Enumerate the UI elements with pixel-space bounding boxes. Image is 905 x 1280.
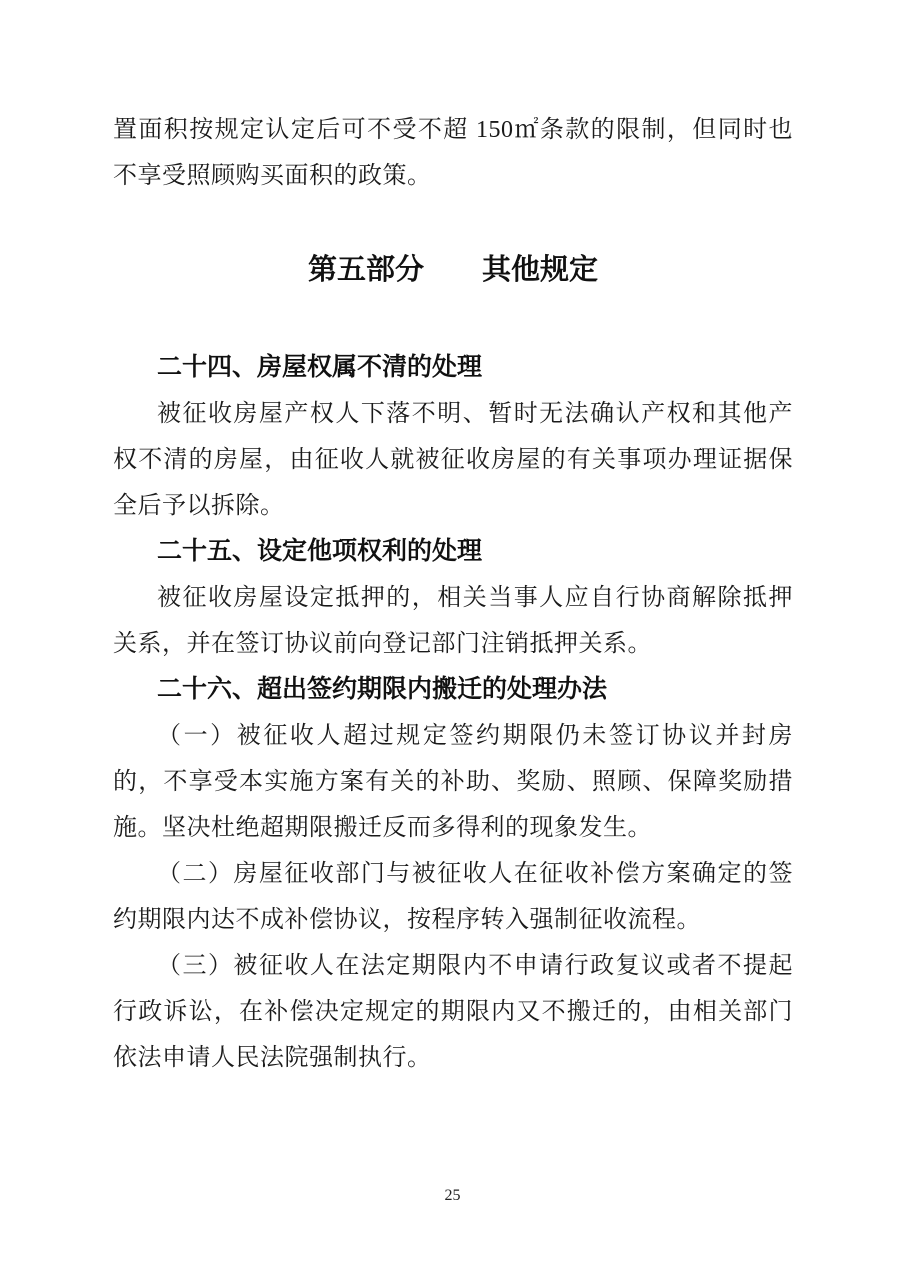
part-heading: 第五部分 其他规定	[113, 247, 793, 293]
section-26: 二十六、超出签约期限内搬迁的处理办法 （一）被征收人超过规定签约期限仍未签订协议…	[113, 667, 793, 1081]
section-24-title: 二十四、房屋权属不清的处理	[113, 345, 793, 391]
section-26-paragraph-3: （三）被征收人在法定期限内不申请行政复议或者不提起行政诉讼，在补偿决定规定的期限…	[113, 943, 793, 1081]
section-26-paragraph-1: （一）被征收人超过规定签约期限仍未签订协议并封房的，不享受本实施方案有关的补助、…	[113, 713, 793, 851]
section-26-paragraph-2: （二）房屋征收部门与被征收人在征收补偿方案确定的签约期限内达不成补偿协议，按程序…	[113, 851, 793, 943]
section-24-paragraph: 被征收房屋产权人下落不明、暂时无法确认产权和其他产权不清的房屋，由征收人就被征收…	[113, 391, 793, 529]
paragraph-continuation: 置面积按规定认定后可不受不超 150㎡条款的限制，但同时也不享受照顾购买面积的政…	[113, 107, 793, 199]
section-25-title: 二十五、设定他项权利的处理	[113, 529, 793, 575]
section-25-paragraph: 被征收房屋设定抵押的，相关当事人应自行协商解除抵押关系，并在签订协议前向登记部门…	[113, 575, 793, 667]
section-25: 二十五、设定他项权利的处理 被征收房屋设定抵押的，相关当事人应自行协商解除抵押关…	[113, 529, 793, 667]
section-26-title: 二十六、超出签约期限内搬迁的处理办法	[113, 667, 793, 713]
document-page: 置面积按规定认定后可不受不超 150㎡条款的限制，但同时也不享受照顾购买面积的政…	[0, 0, 905, 1280]
page-content: 置面积按规定认定后可不受不超 150㎡条款的限制，但同时也不享受照顾购买面积的政…	[0, 0, 905, 1081]
page-number: 25	[0, 1186, 905, 1206]
section-24: 二十四、房屋权属不清的处理 被征收房屋产权人下落不明、暂时无法确认产权和其他产权…	[113, 345, 793, 529]
